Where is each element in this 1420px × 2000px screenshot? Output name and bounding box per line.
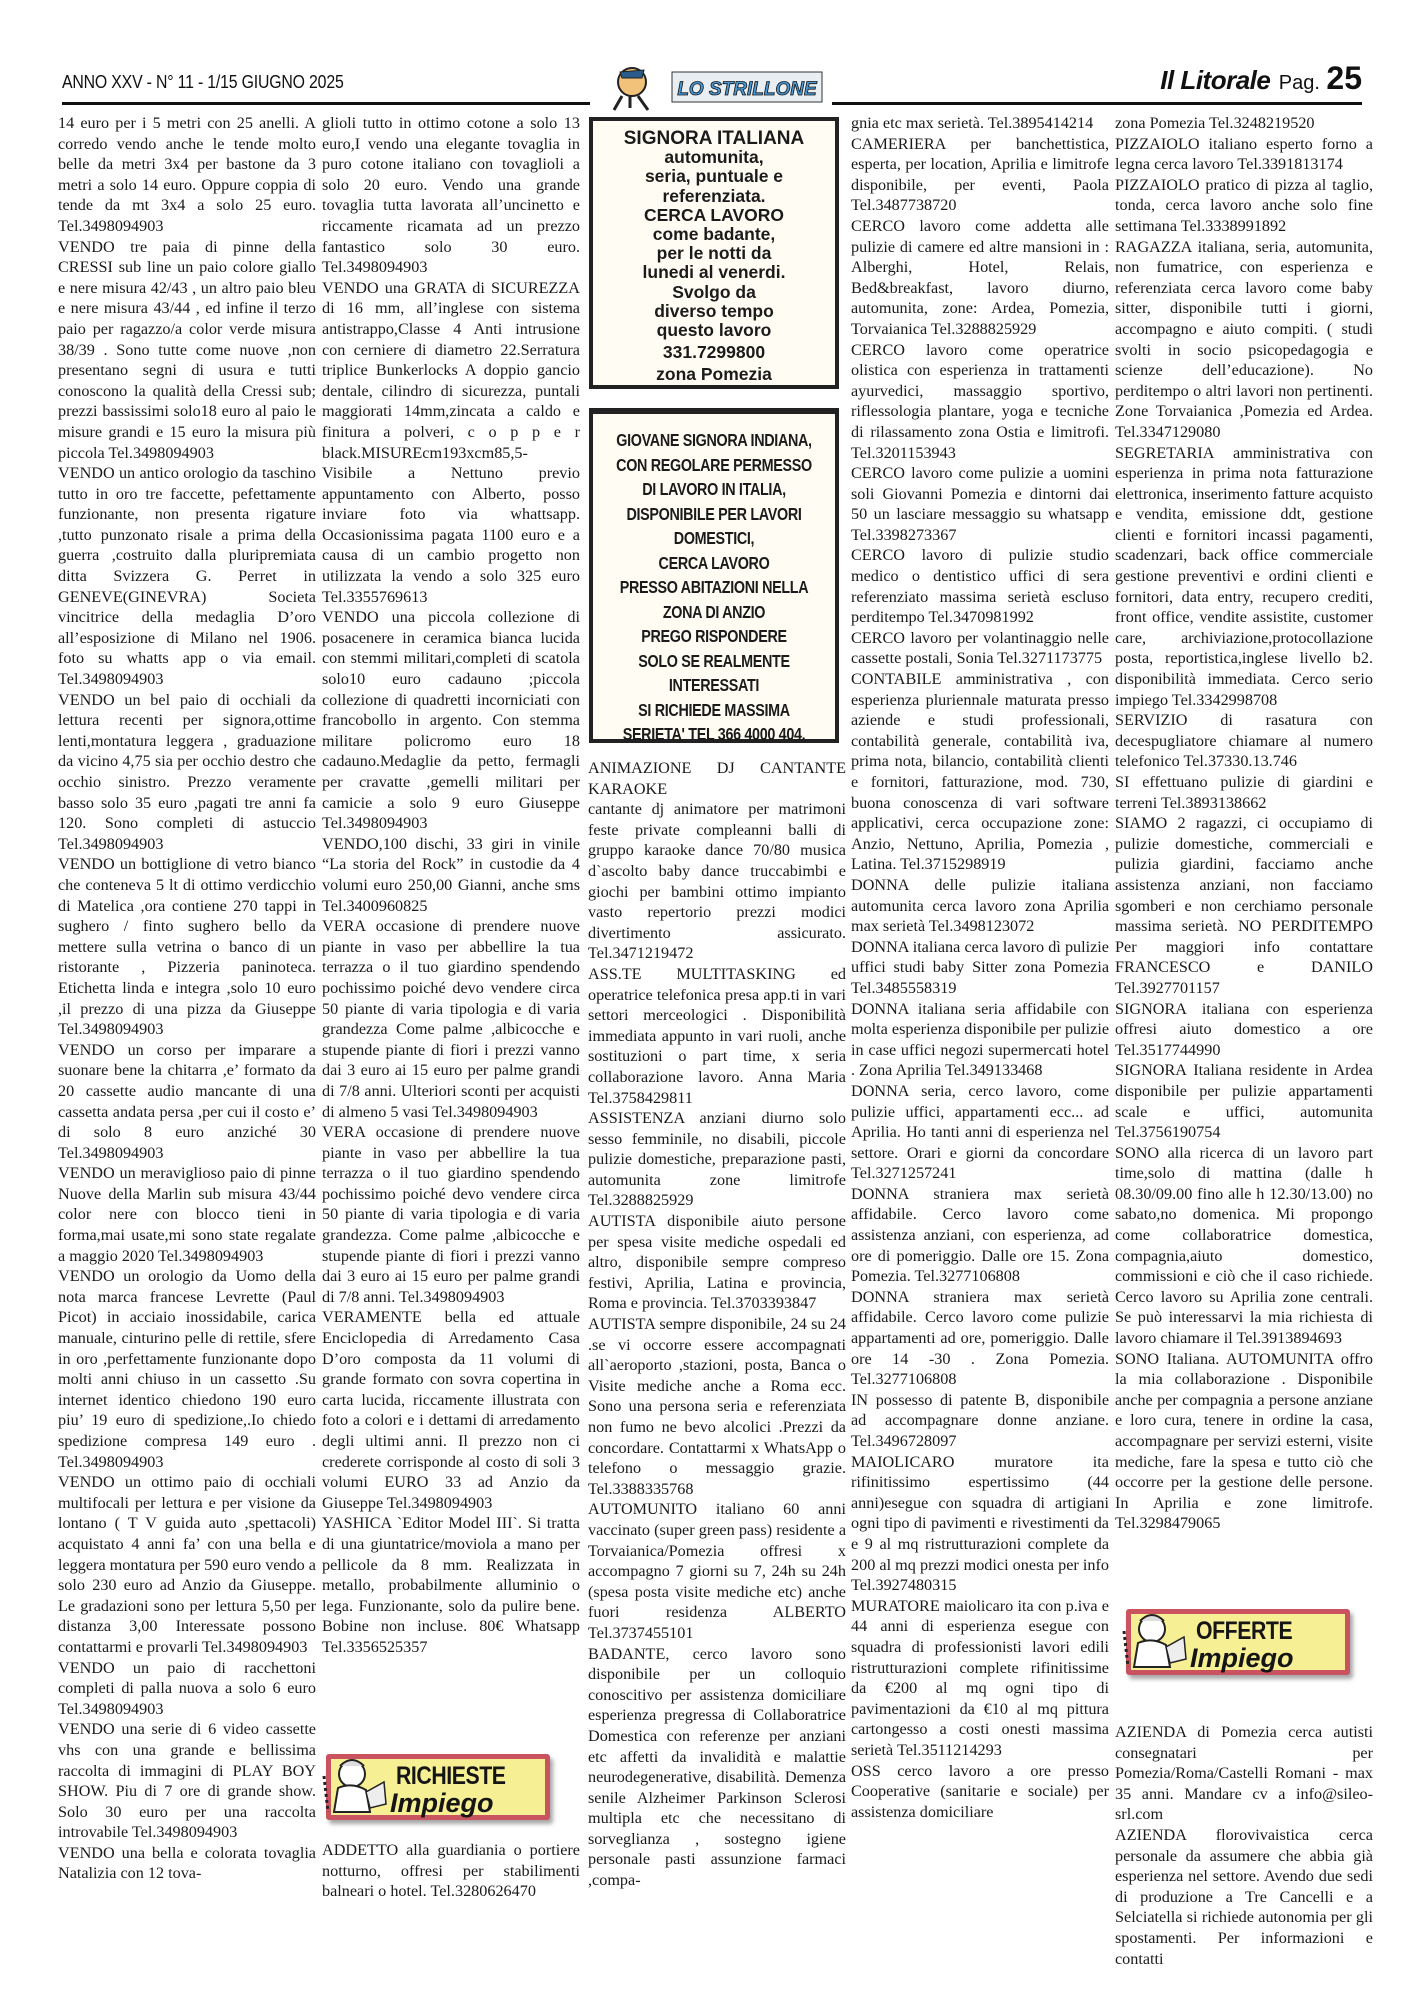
classified-ad: ADDETTO alla guardiania o portiere nottu… — [322, 1840, 580, 1902]
boxed-ad-line: DOMESTICI, — [615, 526, 813, 551]
boxed-ad-line: PRESSO ABITAZIONI NELLA — [615, 575, 813, 600]
boxed-ad-line: seria, puntuale e — [593, 167, 835, 186]
classified-ad: RAGAZZA italiana, seria, automunita, non… — [1115, 237, 1373, 443]
banner-title: OFFERTE — [1196, 1617, 1292, 1646]
classified-ad: YASHICA `Editor Model III`. Si tratta di… — [322, 1513, 580, 1657]
classified-ad: VENDO un ottimo paio di occhiali multifo… — [58, 1472, 316, 1657]
classified-ad: SONO alla ricerca di un lavoro part time… — [1115, 1143, 1373, 1349]
boxed-ad-line: referenziata. — [593, 187, 835, 206]
classified-ad: VENDO tre paia di pinne della CRESSI sub… — [58, 237, 316, 464]
classified-ad: VENDO un orologio da Uomo della nota mar… — [58, 1266, 316, 1472]
classified-ad: DONNA seria, cerco lavoro, come pulizie … — [851, 1081, 1109, 1184]
banner-title: RICHIESTE — [396, 1762, 506, 1791]
classified-ad: SERVIZIO di rasatura con decespugliatore… — [1115, 710, 1373, 772]
boxed-ad-line: Svolgo da — [593, 283, 835, 302]
classified-ad: DONNA delle pulizie italiana automunita … — [851, 875, 1109, 937]
classified-ad: cantante dj animatore per matrimoni fest… — [588, 799, 846, 964]
classified-ad: AZIENDA florovivaistica cerca personale … — [1115, 1825, 1373, 1969]
classified-ad: DONNA italiana cerca lavoro dì pulizie u… — [851, 937, 1109, 999]
boxed-ad-signora-indiana: GIOVANE SIGNORA INDIANA, CON REGOLARE PE… — [589, 410, 839, 743]
boxed-ad-headline: SIGNORA ITALIANA — [593, 129, 835, 148]
classified-ad: CAMERIERA per banchettistica, esperta, p… — [851, 134, 1109, 216]
classified-ad: SI effettuano pulizie di giardini e terr… — [1115, 772, 1373, 813]
ad-heading: ANIMAZIONE DJ CANTANTE KARAOKE — [588, 758, 846, 799]
page-number: 25 — [1326, 60, 1362, 96]
classified-ad: BADANTE, cerco lavoro sono disponibile p… — [588, 1644, 846, 1891]
boxed-ad-line: DI LAVORO IN ITALIA, — [615, 477, 813, 502]
classified-ad: SIGNORA Italiana residente in Ardea disp… — [1115, 1060, 1373, 1142]
svg-text:LO STRILLONE: LO STRILLONE — [677, 79, 818, 100]
boxed-ad-line: CERCA LAVORO — [615, 551, 813, 576]
classified-ad: gnia etc max serietà. Tel.3895414214 — [851, 113, 1109, 134]
classified-ad: VENDO un bottiglione di vetro bianco che… — [58, 854, 316, 1039]
classified-ad: VENDO una bella e colorata tovaglia Nata… — [58, 1843, 316, 1884]
boxed-ad-line: per le notti da — [593, 244, 835, 263]
classified-ad: CERCO lavoro come addetta alle pulizie d… — [851, 216, 1109, 340]
masthead: Il Litorale Pag. 25 — [1160, 60, 1362, 97]
boxed-ad-line: CERCA LAVORO — [593, 206, 835, 225]
classified-ad: CONTABILE amministrativa , con esperienz… — [851, 669, 1109, 875]
boxed-ad-line: ZONA DI ANZIO — [615, 600, 813, 625]
classified-ad: 14 euro per i 5 metri con 25 anelli. A c… — [58, 113, 316, 237]
classified-ad: zona Pomezia Tel.3248219520 — [1115, 113, 1373, 134]
classified-ad: VENDO una GRATA di SICUREZZA di 16 mm, a… — [322, 278, 580, 608]
boxed-ad-line: diverso tempo — [593, 302, 835, 321]
classified-ad: IN possesso di patente B, disponibile ad… — [851, 1390, 1109, 1452]
classified-ad: VENDO un paio di racchettoni completi di… — [58, 1658, 316, 1720]
boxed-ad-line: zona Pomezia — [593, 365, 835, 384]
classified-ad: OSS cerco lavoro a ore presso Cooperativ… — [851, 1761, 1109, 1823]
column-2-lower: ADDETTO alla guardiania o portiere nottu… — [322, 1840, 580, 1902]
classified-ad: SIGNORA italiana con esperienza offresi … — [1115, 999, 1373, 1061]
boxed-ad-line: SI RICHIEDE MASSIMA — [615, 698, 813, 723]
page-header: ANNO XXV - N° 11 - 1/15 GIUGNO 2025 LO S… — [62, 60, 1362, 120]
classified-ad: VENDO,100 dischi, 33 giri in vinile “La … — [322, 834, 580, 916]
boxed-ad-line: questo lavoro — [593, 321, 835, 340]
lo-strillone-logo-icon: LO STRILLONE — [602, 60, 827, 112]
page-label: Pag. — [1279, 72, 1320, 94]
boxed-ad-line: GIOVANE SIGNORA INDIANA, — [615, 428, 813, 453]
banner-subtitle: Impiego — [1190, 1643, 1294, 1674]
classified-ad: MURATORE maiolicaro ita con p.iva e 44 a… — [851, 1596, 1109, 1761]
classified-ad: AUTOMUNITO italiano 60 anni vaccinato (s… — [588, 1499, 846, 1643]
classified-ad: ASS.TE MULTITASKING ed operatrice telefo… — [588, 964, 846, 1108]
classified-ad: SIAMO 2 ragazzi, ci occupiamo di pulizie… — [1115, 813, 1373, 998]
brand-name: Il Litorale — [1160, 65, 1270, 95]
classified-ad: VERA occasione di prendere nuove piante … — [322, 1122, 580, 1307]
classified-ad: AUTISTA disponibile aiuto persone per sp… — [588, 1211, 846, 1314]
classified-ad: PIZZAIOLO pratico di pizza al taglio, to… — [1115, 175, 1373, 237]
boxed-ad-line: automunita, — [593, 148, 835, 167]
classified-ad: VENDO un bel paio di occhiali da lettura… — [58, 690, 316, 855]
column-2: glioli tutto in ottimo cotone a solo 13 … — [322, 113, 580, 1658]
column-5-lower: AZIENDA di Pomezia cerca autisti consegn… — [1115, 1722, 1373, 1969]
classified-ad: ASSISTENZA anziani diurno solo sesso fem… — [588, 1108, 846, 1211]
classified-ad: SEGRETARIA amministrativa con esperienza… — [1115, 443, 1373, 711]
boxed-ad-phone: SERIETA' TEL 366 4000 404. — [615, 722, 813, 747]
classified-ad: VENDO una serie di 6 video cassette vhs … — [58, 1719, 316, 1843]
boxed-ad-line: SOLO SE REALMENTE — [615, 649, 813, 674]
header-rule-right — [832, 102, 1362, 105]
classified-ad: SONO Italiana. AUTOMUNITA offro la mia c… — [1115, 1349, 1373, 1534]
boxed-ad-phone: 331.7299800 — [593, 343, 835, 362]
boxed-ad-line: CON REGOLARE PERMESSO — [615, 453, 813, 478]
classified-ad: CERCO lavoro per volantinaggio nelle cas… — [851, 628, 1109, 669]
classified-ad: DONNA straniera max serietà affidabile. … — [851, 1287, 1109, 1390]
classified-ad: glioli tutto in ottimo cotone a solo 13 … — [322, 113, 580, 278]
classified-ad: PIZZAIOLO italiano esperto forno a legna… — [1115, 134, 1373, 175]
offerte-impiego-banner: OFFERTE Impiego — [1118, 1605, 1358, 1679]
column-5: zona Pomezia Tel.3248219520 PIZZAIOLO it… — [1115, 113, 1373, 1534]
classified-ad: VENDO un antico orologio da taschino tut… — [58, 463, 316, 690]
classified-ad: VENDO un corso per imparare a suonare be… — [58, 1040, 316, 1164]
classified-ad: VERAMENTE bella ed attuale Enciclopedia … — [322, 1307, 580, 1513]
newsboy-mascot-icon — [1118, 1607, 1190, 1677]
richieste-impiego-banner: RICHIESTE Impiego — [318, 1750, 558, 1824]
issue-info: ANNO XXV - N° 11 - 1/15 GIUGNO 2025 — [62, 72, 344, 93]
boxed-ad-signora-italiana: SIGNORA ITALIANA automunita, seria, punt… — [589, 117, 839, 389]
classified-ad: CERCO lavoro come pulizie a uomini soli … — [851, 463, 1109, 545]
classified-ad: DONNA straniera max serietà affidabile. … — [851, 1184, 1109, 1287]
boxed-ad-line: come badante, — [593, 225, 835, 244]
boxed-ad-line: INTERESSATI — [615, 673, 813, 698]
banner-subtitle: Impiego — [390, 1788, 494, 1819]
boxed-ad-line: DISPONIBILE PER LAVORI — [615, 502, 813, 527]
column-4: gnia etc max serietà. Tel.3895414214 CAM… — [851, 113, 1109, 1822]
column-3: ANIMAZIONE DJ CANTANTE KARAOKE cantante … — [588, 758, 846, 1891]
boxed-ad-line: lunedi al venerdi. — [593, 263, 835, 282]
classified-ad: VERA occasione di prendere nuove piante … — [322, 916, 580, 1122]
classified-ad: DONNA italiana seria affidabile con molt… — [851, 999, 1109, 1081]
classified-ad: MAIOLICARO muratore ita rifinitissimo es… — [851, 1452, 1109, 1596]
header-rule-left — [62, 102, 590, 105]
boxed-ad-line: PREGO RISPONDERE — [615, 624, 813, 649]
classified-ad: CERCO lavoro come operatrice olistica co… — [851, 340, 1109, 464]
classified-ad: AZIENDA di Pomezia cerca autisti consegn… — [1115, 1722, 1373, 1825]
column-1: 14 euro per i 5 metri con 25 anelli. A c… — [58, 113, 316, 1884]
classified-ad: CERCO lavoro di pulizie studio medico o … — [851, 545, 1109, 627]
classified-ad: VENDO una piccola collezione di posacene… — [322, 607, 580, 834]
newsboy-mascot-icon — [318, 1752, 390, 1822]
classified-ad: VENDO un meraviglioso paio di pinne Nuov… — [58, 1163, 316, 1266]
classified-ad: AUTISTA sempre disponibile, 24 su 24 .se… — [588, 1314, 846, 1499]
